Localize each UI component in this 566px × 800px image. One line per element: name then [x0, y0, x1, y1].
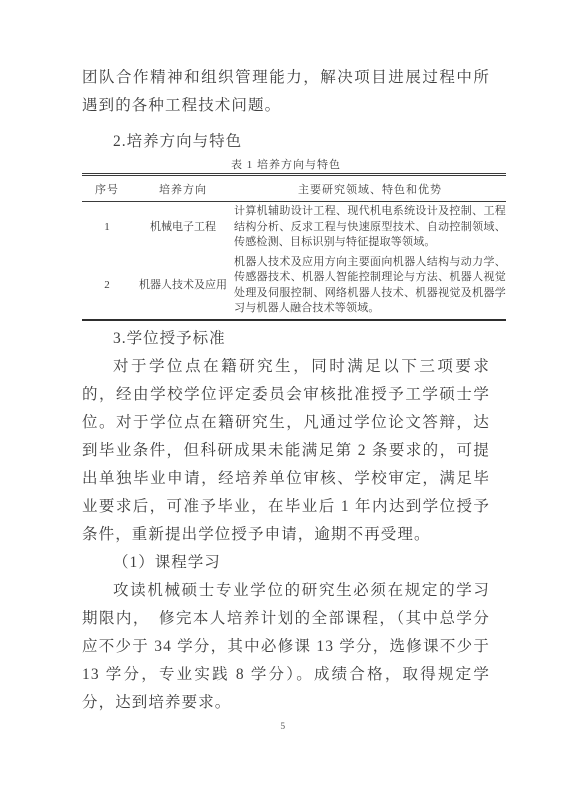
training-direction-table: 序号 培养方向 主要研究领域、特色和优势 1 机械电子工程 计算机辅助设计工程、…	[82, 173, 506, 321]
page-number: 5	[0, 722, 566, 732]
section-heading-training-direction: 2.培养方向与特色	[82, 128, 490, 156]
cell-index: 1	[82, 202, 132, 253]
page-content: 团队合作精神和组织管理能力，解决项目进展过程中所遇到的各种工程技术问题。 2.培…	[82, 64, 490, 717]
cell-direction: 机械电子工程	[132, 202, 234, 253]
table-header-row: 序号 培养方向 主要研究领域、特色和优势	[82, 175, 506, 202]
col-header-direction: 培养方向	[132, 175, 234, 202]
col-header-index: 序号	[82, 175, 132, 202]
col-header-fields: 主要研究领域、特色和优势	[234, 175, 506, 202]
subsection-heading-course-study: （1）课程学习	[82, 549, 490, 577]
intro-paragraph: 团队合作精神和组织管理能力，解决项目进展过程中所遇到的各种工程技术问题。	[82, 64, 490, 120]
section-heading-degree-standard: 3.学位授予标准	[82, 325, 490, 353]
cell-index: 2	[82, 253, 132, 320]
table-row: 1 机械电子工程 计算机辅助设计工程、现代机电系统设计及控制、工程结构分析、反求…	[82, 202, 506, 253]
cell-description: 机器人技术及应用方向主要面向机器人结构与动力学、传感器技术、机器人智能控制理论与…	[234, 253, 506, 320]
table-caption: 表 1 培养方向与特色	[82, 157, 490, 173]
document-page: 团队合作精神和组织管理能力，解决项目进展过程中所遇到的各种工程技术问题。 2.培…	[0, 0, 566, 800]
table-row: 2 机器人技术及应用 机器人技术及应用方向主要面向机器人结构与动力学、传感器技术…	[82, 253, 506, 320]
cell-description: 计算机辅助设计工程、现代机电系统设计及控制、工程结构分析、反求工程与快速原型技术…	[234, 202, 506, 253]
degree-standard-paragraph: 对于学位点在籍研究生，同时满足以下三项要求的，经由学校学位评定委员会审核批准授予…	[82, 353, 490, 549]
cell-direction: 机器人技术及应用	[132, 253, 234, 320]
course-study-paragraph: 攻读机械硕士专业学位的研究生必须在规定的学习期限内， 修完本人培养计划的全部课程…	[82, 577, 490, 717]
